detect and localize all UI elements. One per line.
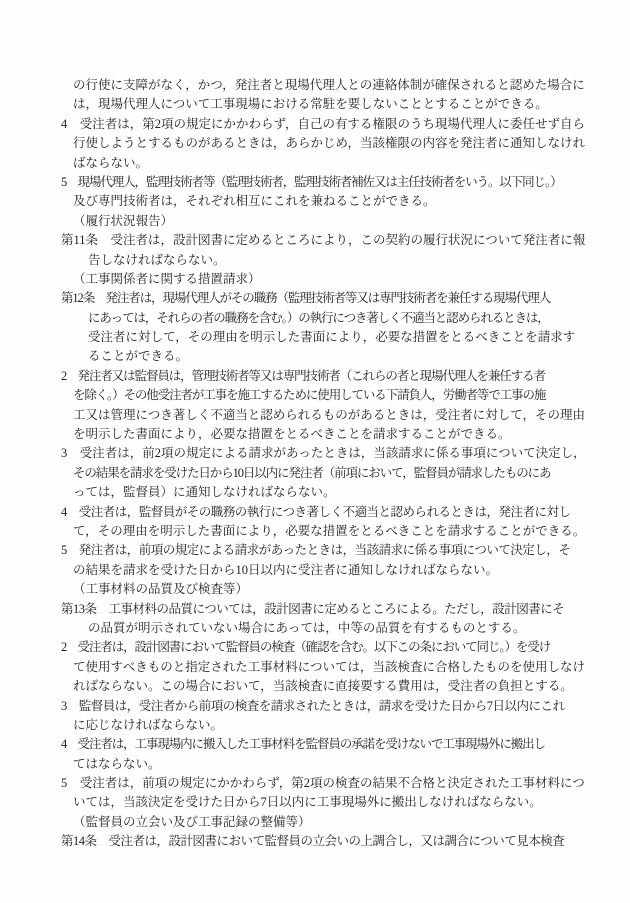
text-line: 受注者に対して，その理由を明示した書面により，必要な措置をとるべきことを請求す bbox=[61, 328, 630, 347]
text-line: いては，当該決定を受けた日から7日以内に工事現場外に搬出しなければならない。 bbox=[61, 793, 630, 812]
text-line: その結果を請求を受けた日から10日以内に発注者（前項において，監督員が請求したも… bbox=[61, 464, 630, 483]
text-line: 告しなければならない。 bbox=[61, 251, 630, 270]
clause-item-line: 5 発注者は，前項の規定による請求があったときは，当該請求に係る事項について決定… bbox=[61, 541, 630, 560]
text-line: 工又は管理につき著しく不適当と認められるものがあるときは，受注者に対して，その理… bbox=[61, 406, 630, 425]
text-line: ばならない。 bbox=[61, 154, 630, 173]
section-heading: （監督員の立会い及び工事記録の整備等） bbox=[61, 813, 630, 832]
section-heading: （履行状況報告） bbox=[61, 212, 630, 231]
clause-item-line: 5 受注者は，前項の規定にかかわらず，第2項の検査の結果不合格と決定された工事材… bbox=[61, 774, 630, 793]
text-line: て使用すべきものと指定された工事材料については，当該検査に合格したものを使用しな… bbox=[61, 658, 630, 677]
section-heading: （工事材料の品質及び検査等） bbox=[61, 580, 630, 599]
text-line: にあっては，それらの者の職務を含む。）の執行につき著しく不適当と認められるときは… bbox=[61, 309, 630, 328]
clause-item-line: 3 受注者は，前2項の規定による請求があったときは，当該請求に係る事項について決… bbox=[61, 444, 630, 463]
document-page: の行使に支障がなく，かつ，発注者と現場代理人との連絡体制が確保されると認めた場合… bbox=[0, 0, 630, 903]
article-line: 第12条 発注者は，現場代理人がその職務（監理技術者等又は専門技術者を兼任する現… bbox=[61, 289, 630, 308]
text-line: 行使しようとするものがあるときは，あらかじめ，当該権限の内容を発注者に通知しなけ… bbox=[61, 134, 630, 153]
text-line: は，現場代理人について工事現場における常駐を要しないこととすることができる。 bbox=[61, 95, 630, 114]
article-line: 第14条 受注者は，設計図書において監督員の立会いの上調合し，又は調合について見… bbox=[61, 832, 630, 851]
text-line: ればならない。この場合において，当該検査に直接要する費用は，受注者の負担とする。 bbox=[61, 677, 630, 696]
clause-item-line: 5 現場代理人，監理技術者等（監理技術者，監理技術者補佐又は主任技術者をいう。以… bbox=[61, 173, 630, 192]
article-line: 第13条 工事材料の品質については，設計図書に定めるところによる。ただし，設計図… bbox=[61, 600, 630, 619]
clause-item-line: 2 発注者又は監督員は，管理技術者等又は専門技術者（これらの者と現場代理人を兼任… bbox=[61, 367, 630, 386]
clause-item-line: 4 受注者は，工事現場内に搬入した工事材料を監督員の承諾を受けないで工事現場外に… bbox=[61, 735, 630, 754]
text-line: ることができる。 bbox=[61, 347, 630, 366]
clause-item-line: 3 監督員は，受注者から前項の検査を請求されたときは，請求を受けた日から7日以内… bbox=[61, 697, 630, 716]
text-line: を除く。）その他受注者が工事を施工するために使用している下請負人，労働者等で工事… bbox=[61, 386, 630, 405]
clause-item-line: 2 受注者は，設計図書において監督員の検査（確認を含む。以下この条において同じ。… bbox=[61, 638, 630, 657]
text-line: てはならない。 bbox=[61, 755, 630, 774]
text-line: っては，監督員）に通知しなければならない。 bbox=[61, 483, 630, 502]
clause-item-line: 4 受注者は，監督員がその職務の執行につき著しく不適当と認められるときは，発注者… bbox=[61, 503, 630, 522]
text-line: の行使に支障がなく，かつ，発注者と現場代理人との連絡体制が確保されると認めた場合… bbox=[61, 76, 630, 95]
text-line: の品質が明示されていない場合にあっては，中等の品質を有するものとする。 bbox=[61, 619, 630, 638]
text-line: 及び専門技術者は，それぞれ相互にこれを兼ねることができる。 bbox=[61, 192, 630, 211]
text-line: に応じなければならない。 bbox=[61, 716, 630, 735]
article-line: 第11条 受注者は，設計図書に定めるところにより，この契約の履行状況について発注… bbox=[61, 231, 630, 250]
text-line: を明示した書面により，必要な措置をとるべきことを請求することができる。 bbox=[61, 425, 630, 444]
section-heading: （工事関係者に関する措置請求） bbox=[61, 270, 630, 289]
text-line: の結果を請求を受けた日から10日以内に受注者に通知しなければならない。 bbox=[61, 561, 630, 580]
text-line: て，その理由を明示した書面により，必要な措置をとるべきことを請求することができる… bbox=[61, 522, 630, 541]
clause-item-line: 4 受注者は，第2項の規定にかかわらず，自己の有する権限のうち現場代理人に委任せ… bbox=[61, 115, 630, 134]
